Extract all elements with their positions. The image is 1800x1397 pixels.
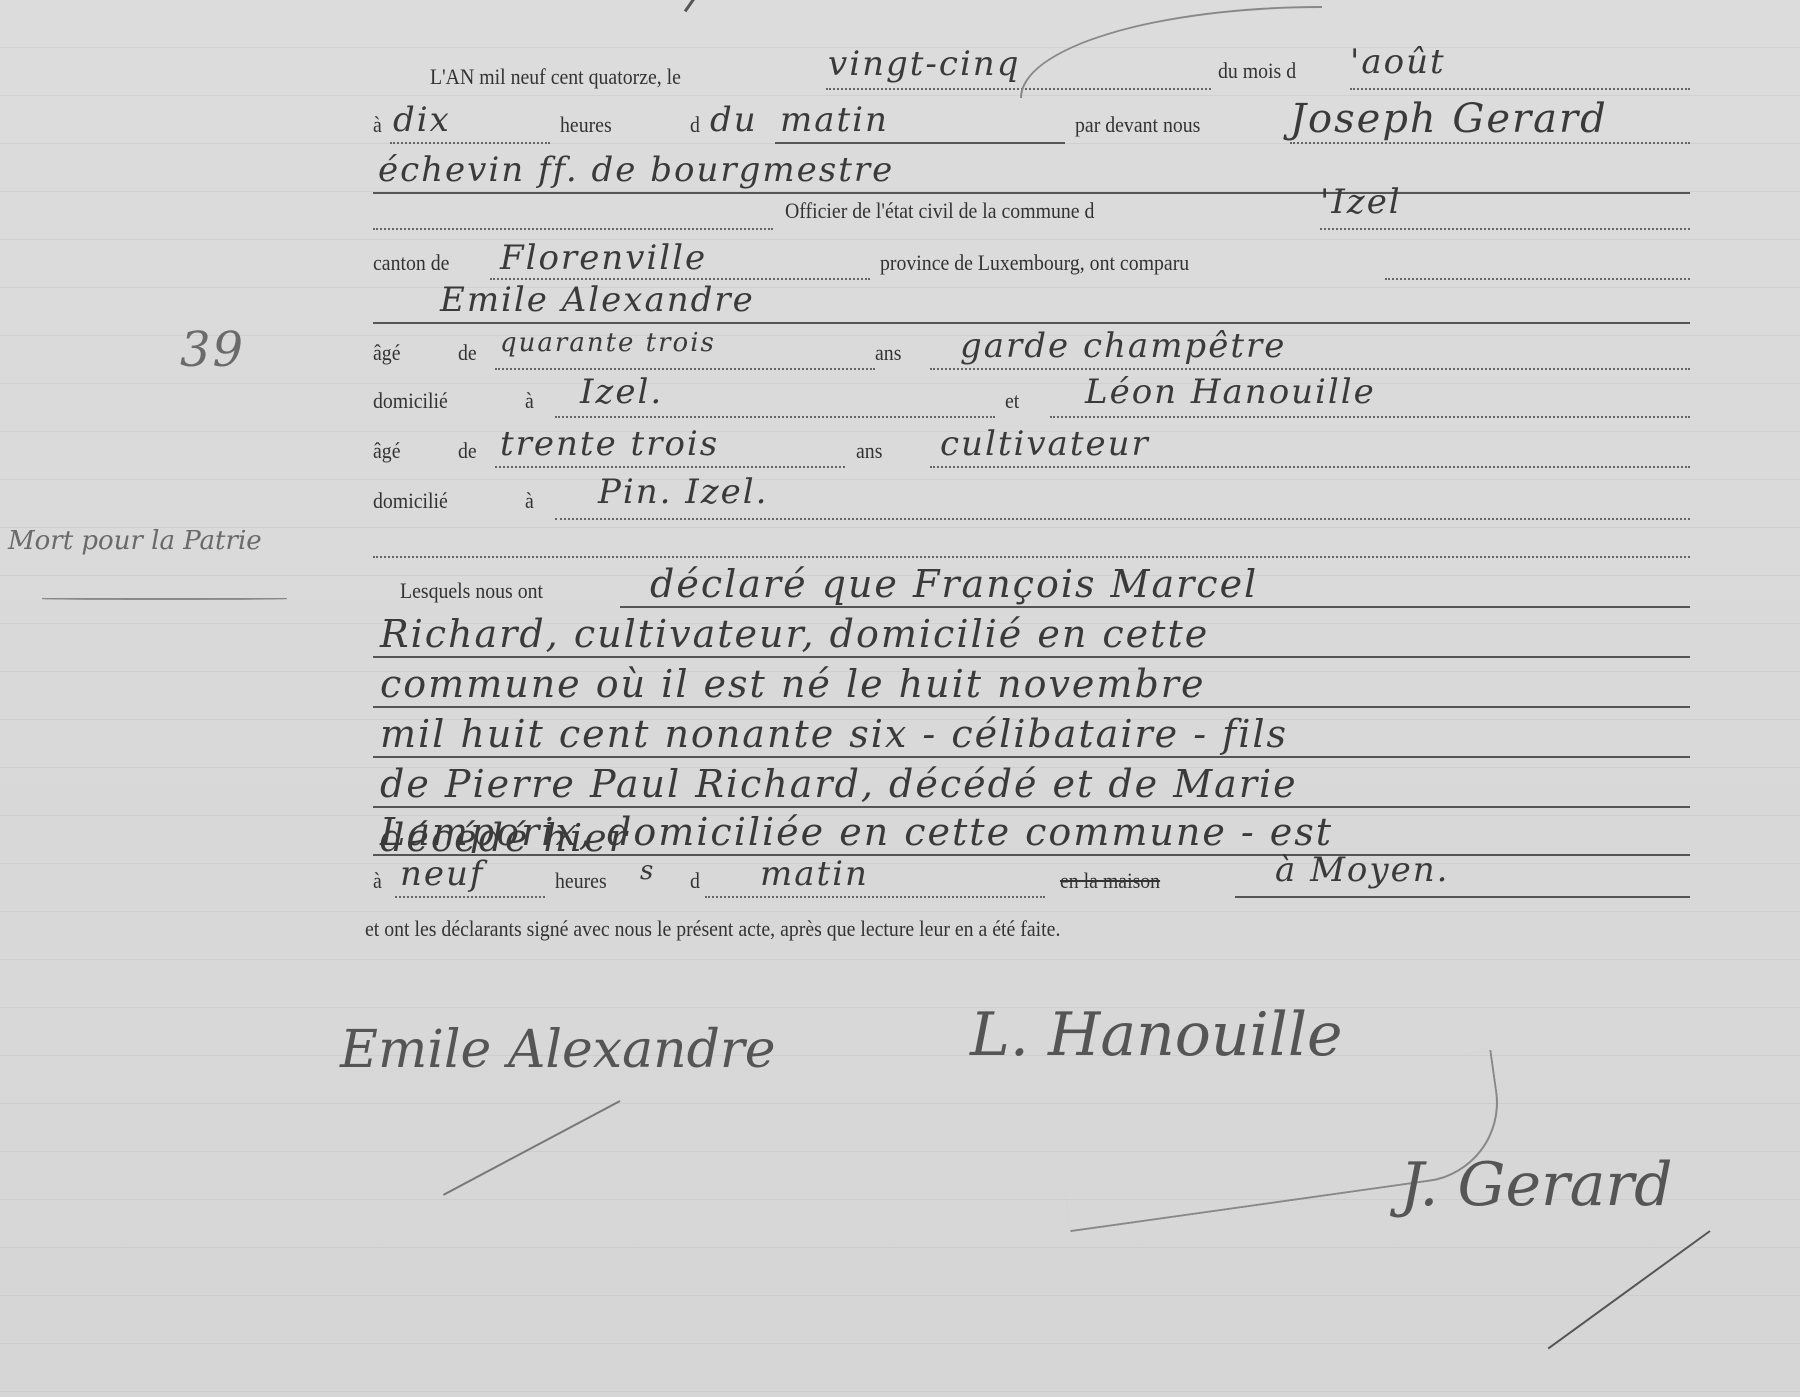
declaration-field-2 <box>373 656 1690 658</box>
label-province: province de Luxembourg, ont comparu <box>880 250 1189 282</box>
label-age-2: âgé <box>373 438 400 470</box>
closing-statement: et ont les déclarants signé avec nous le… <box>365 916 1060 948</box>
heures-suffix: s <box>640 856 655 888</box>
declaration-line-2: Richard, cultivateur, domicilié en cette <box>380 612 1209 658</box>
du-value: du <box>710 100 758 142</box>
declaration-line-1: déclaré que François Marcel <box>650 562 1258 608</box>
declarant-2-age: trente trois <box>500 424 719 466</box>
death-period-field <box>705 896 1045 898</box>
hour-value: dix <box>393 100 451 142</box>
commune-value: 'Izel <box>1320 182 1402 224</box>
declarant-2-field <box>1050 416 1690 418</box>
document-page: 39 Mort pour la Patrie L'AN mil neuf cen… <box>0 0 1800 1397</box>
label-d: d <box>690 112 700 144</box>
commune-field <box>1320 228 1690 230</box>
label-officier: Officier de l'état civil de la commune d <box>785 198 1094 230</box>
signature-officer: J. Gerard <box>1400 1150 1673 1220</box>
label-a-2: à <box>525 388 534 420</box>
label-lesquels: Lesquels nous ont <box>400 578 543 610</box>
death-hour-field <box>395 896 545 898</box>
declaration-field-3 <box>373 706 1690 708</box>
label-ans: ans <box>875 340 901 372</box>
label-de-2: de <box>458 438 477 470</box>
death-place: à Moyen. <box>1275 850 1449 892</box>
label-domicilie-2: domicilié <box>373 488 448 520</box>
declaration-line-3: commune où il est né le huit novembre <box>380 662 1205 708</box>
declarant-2-residence: Pin. Izel. <box>598 472 768 514</box>
declarant-1-residence: Izel. <box>580 372 663 414</box>
margin-note: Mort pour la Patrie <box>8 526 262 558</box>
label-heures: heures <box>560 112 612 144</box>
declaration-field-4 <box>373 756 1690 758</box>
declaration-line-5: de Pierre Paul Richard, décédé et de Mar… <box>380 762 1298 808</box>
blank-field <box>373 228 773 230</box>
declarant-1-age: quarante trois <box>500 328 716 360</box>
signature-flourish-1 <box>443 1100 621 1196</box>
declaration-field-1 <box>620 606 1690 608</box>
canton-value: Florenville <box>500 238 707 280</box>
signature-declarant-2: L. Hanouille <box>970 1000 1343 1070</box>
signature-flourish-3 <box>1548 1230 1711 1349</box>
label-de: de <box>458 340 477 372</box>
declarant-1-occupation-field <box>930 368 1690 370</box>
month-field <box>1350 88 1690 90</box>
period-value: matin <box>780 100 889 142</box>
declarant-1-age-field <box>495 368 875 370</box>
declarant-2-age-field <box>495 466 845 468</box>
hour-field <box>390 142 550 144</box>
label-a: à <box>373 112 382 144</box>
day-value: vingt-cinq <box>828 44 1020 86</box>
declarant-1-name: Emile Alexandre <box>440 280 755 322</box>
blank-line <box>373 556 1690 558</box>
compared-field <box>1385 278 1690 280</box>
officer-title: échevin ff. de bourgmestre <box>378 150 894 192</box>
ink-mark <box>684 0 700 12</box>
declarant-1-occupation: garde champêtre <box>960 326 1286 368</box>
label-heures-2: heures <box>555 868 607 900</box>
line-date: L'AN mil neuf cent quatorze, le <box>430 48 709 96</box>
officer-title-field <box>373 192 1690 194</box>
label-age: âgé <box>373 340 400 372</box>
officer-name: Joseph Gerard <box>1290 96 1608 144</box>
death-place-field <box>1235 896 1690 898</box>
death-hour: neuf <box>400 854 485 896</box>
declarant-2-residence-field <box>555 518 1690 520</box>
label-ans-2: ans <box>856 438 882 470</box>
label-en-la-maison-struck: en la maison <box>1060 868 1160 900</box>
label-domicilie: domicilié <box>373 388 448 420</box>
declarant-2-occupation: cultivateur <box>940 424 1150 466</box>
label-et: et <box>1005 388 1019 420</box>
label-canton: canton de <box>373 250 449 282</box>
month-value: 'août <box>1350 42 1446 84</box>
period-field <box>775 142 1065 144</box>
declarant-2-name: Léon Hanouille <box>1085 372 1376 414</box>
label-a-3: à <box>525 488 534 520</box>
death-period: matin <box>760 854 869 896</box>
declarant-1-field <box>373 322 1690 324</box>
declaration-field-5 <box>373 806 1690 808</box>
record-number: 39 <box>180 322 245 380</box>
label-a-4: à <box>373 868 382 900</box>
declarant-2-occupation-field <box>930 466 1690 468</box>
label-par-devant-nous: par devant nous <box>1075 112 1200 144</box>
ink-arc <box>1020 6 1322 98</box>
label-d-2: d <box>690 868 700 900</box>
signature-declarant-1: Emile Alexandre <box>340 1020 776 1080</box>
margin-note-underline <box>42 598 287 600</box>
label-year: L'AN mil neuf cent quatorze, le <box>430 64 681 96</box>
declarant-1-residence-field <box>555 416 995 418</box>
declaration-line-4: mil huit cent nonante six - célibataire … <box>380 712 1288 758</box>
officer-field <box>1290 142 1690 144</box>
